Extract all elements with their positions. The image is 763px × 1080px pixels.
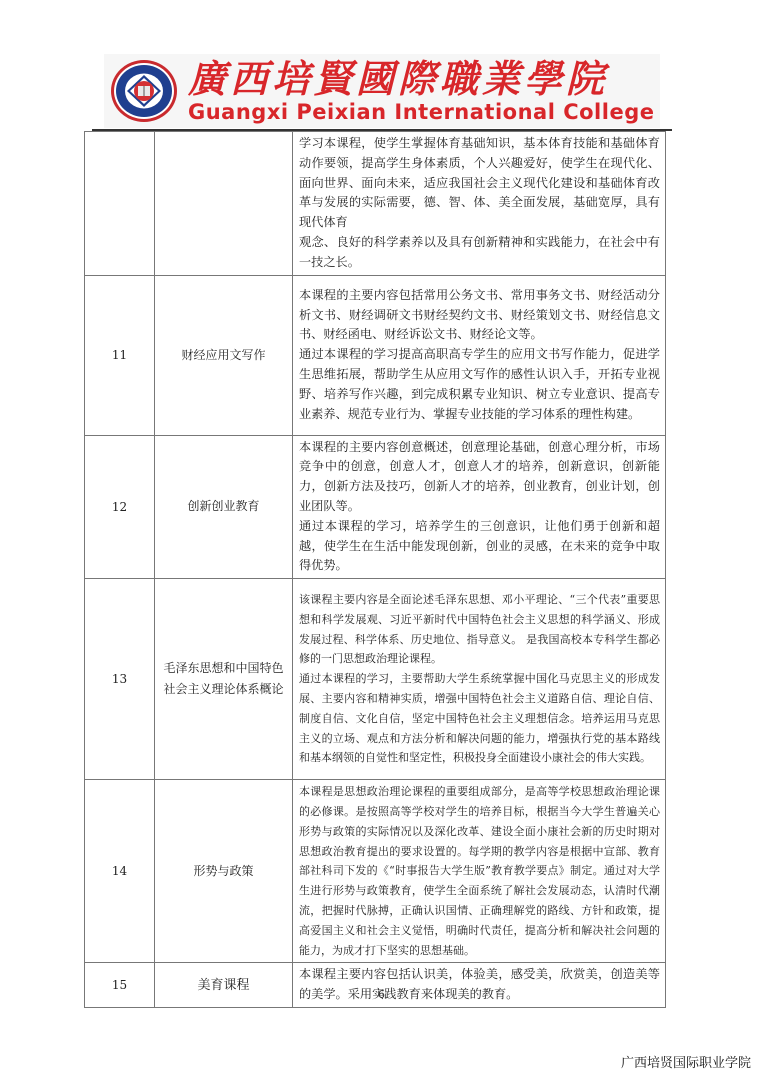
description-paragraph: 通过本课程的学习，主要帮助大学生系统掌握中国化马克思主义的形成发展、主要内容和精… [299, 669, 660, 768]
course-number: 12 [85, 435, 155, 579]
course-description: 该课程主要内容是全面论述毛泽东思想、邓小平理论、“三个代表”重要思想和科学发展观… [293, 579, 666, 780]
college-logo-icon [110, 57, 178, 125]
description-paragraph: 该课程主要内容是全面论述毛泽东思想、邓小平理论、“三个代表”重要思想和科学发展观… [299, 590, 660, 669]
college-name-cn: 廣西培賢國際職業學院 [188, 58, 654, 100]
course-description: 本课程的主要内容创意概述，创意理论基础，创意心理分析，市场竞争中的创意，创意人才… [293, 435, 666, 579]
description-paragraph: 通过本课程的学习提高高职高专学生的应用文书写作能力，促进学生思维拓展，帮助学生从… [299, 345, 660, 424]
course-description: 本课程的主要内容包括常用公务文书、常用事务文书、财经活动分析文书、财经调研文书财… [293, 275, 666, 435]
college-banner: 廣西培賢國際職業學院 Guangxi Peixian International… [104, 54, 660, 128]
footer-organization: 广西培贤国际职业学院 [621, 1052, 751, 1071]
description-paragraph: 本课程的主要内容包括常用公务文书、常用事务文书、财经活动分析文书、财经调研文书财… [299, 286, 660, 345]
description-paragraph: 本课程是思想政治理论课程的重要组成部分，是高等学校思想政治理论课的必修课。是按照… [299, 782, 660, 960]
table-row: 学习本课程，使学生掌握体育基础知识，基本体育技能和基础体育动作要领，提高学生身体… [85, 132, 666, 276]
course-number: 13 [85, 579, 155, 780]
table-row: 12 创新创业教育 本课程的主要内容创意概述，创意理论基础，创意心理分析，市场竞… [85, 435, 666, 579]
college-name-en: Guangxi Peixian International College [188, 100, 654, 124]
description-paragraph: 学习本课程，使学生掌握体育基础知识，基本体育技能和基础体育动作要领，提高学生身体… [299, 134, 660, 233]
table-row: 14 形势与政策 本课程是思想政治理论课程的重要组成部分，是高等学校思想政治理论… [85, 780, 666, 963]
course-description: 学习本课程，使学生掌握体育基础知识，基本体育技能和基础体育动作要领，提高学生身体… [293, 132, 666, 276]
description-paragraph: 本课程的主要内容创意概述，创意理论基础，创意心理分析，市场竞争中的创意，创意人才… [299, 438, 660, 517]
page-number: 6 [0, 988, 763, 1001]
course-name [155, 132, 293, 276]
description-paragraph: 通过本课程的学习，培养学生的三创意识，让他们勇于创新和超越，使学生在生活中能发现… [299, 517, 660, 576]
course-name: 形势与政策 [155, 780, 293, 963]
table-row: 11 财经应用文写作 本课程的主要内容包括常用公务文书、常用事务文书、财经活动分… [85, 275, 666, 435]
course-description: 本课程是思想政治理论课程的重要组成部分，是高等学校思想政治理论课的必修课。是按照… [293, 780, 666, 963]
course-name: 毛泽东思想和中国特色社会主义理论体系概论 [155, 579, 293, 780]
course-number: 11 [85, 275, 155, 435]
description-paragraph: 观念、良好的科学素养以及具有创新精神和实践能力，在社会中有一技之长。 [299, 233, 660, 273]
course-name: 创新创业教育 [155, 435, 293, 579]
course-name: 财经应用文写作 [155, 275, 293, 435]
table-row: 13 毛泽东思想和中国特色社会主义理论体系概论 该课程主要内容是全面论述毛泽东思… [85, 579, 666, 780]
course-table: 学习本课程，使学生掌握体育基础知识，基本体育技能和基础体育动作要领，提高学生身体… [84, 131, 666, 1008]
course-number: 14 [85, 780, 155, 963]
course-number [85, 132, 155, 276]
